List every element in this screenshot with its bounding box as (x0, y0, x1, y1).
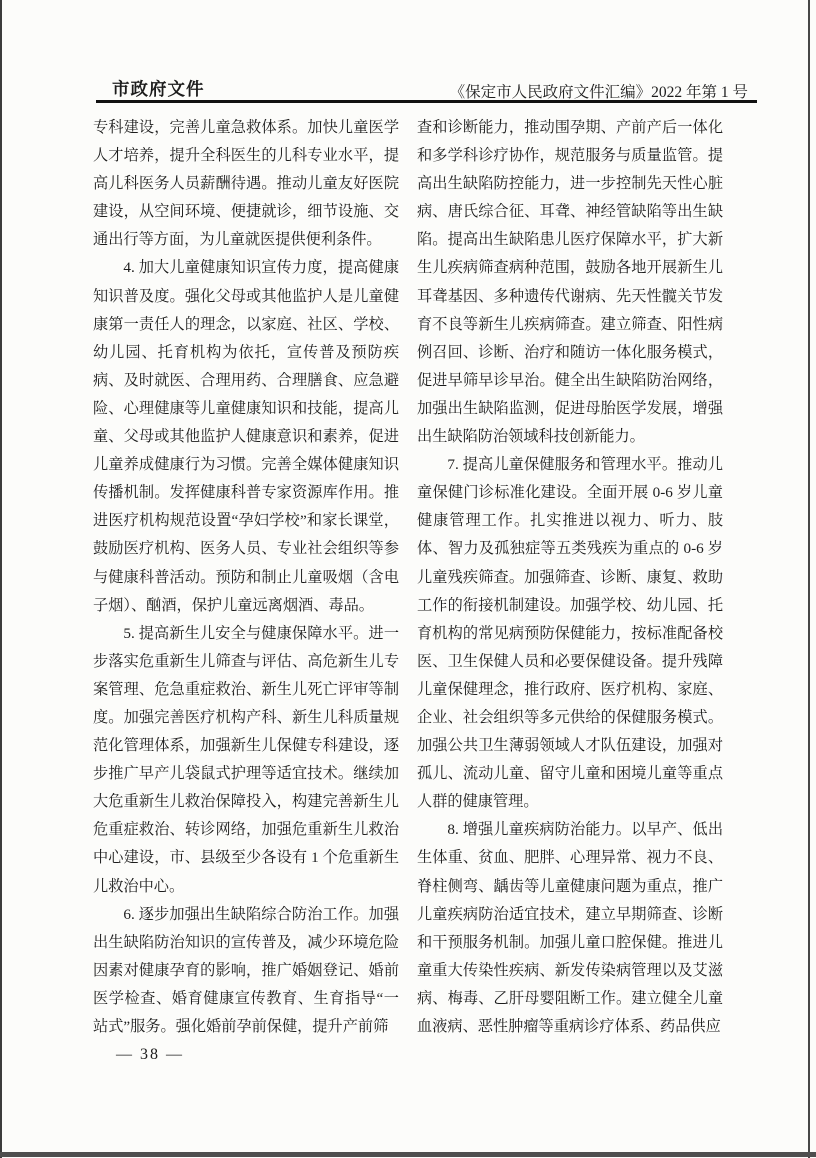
paragraph-continuation: 专科建设，完善儿童急救体系。加快儿童医学人才培养，提升全科医生的儿科专业水平，提… (93, 114, 399, 254)
paragraph-item-5: 5. 提高新生儿安全与健康保障水平。进一步落实危重新生儿筛查与评估、高危新生儿专… (93, 620, 399, 901)
paragraph-continuation: 查和诊断能力，推动围孕期、产前产后一体化和多学科诊疗协作，规范服务与质量监管。提… (417, 114, 723, 451)
running-header-left: 市政府文件 (112, 76, 205, 101)
paragraph-item-7: 7. 提高儿童保健服务和管理水平。推动儿童保健门诊标准化建设。全面开展 0-6 … (417, 451, 723, 816)
paragraph-item-8: 8. 增强儿童疾病防治能力。以早产、低出生体重、贫血、肥胖、心理异常、视力不良、… (417, 816, 723, 1041)
paragraph-item-6: 6. 逐步加强出生缺陷综合防治工作。加强出生缺陷防治知识的宣传普及，减少环境危险… (93, 901, 399, 1041)
running-header-right: 《保定市人民政府文件汇编》2022 年第 1 号 (450, 80, 748, 102)
paragraph-item-4: 4. 加大儿童健康知识宣传力度，提高健康知识普及度。强化父母或其他监护人是儿童健… (93, 254, 399, 619)
scan-edge-bottom (0, 1152, 816, 1157)
right-column: 查和诊断能力，推动围孕期、产前产后一体化和多学科诊疗协作，规范服务与质量监管。提… (417, 114, 723, 1041)
left-column: 专科建设，完善儿童急救体系。加快儿童医学人才培养，提升全科医生的儿科专业水平，提… (93, 114, 399, 1041)
scan-edge-left (0, 0, 2, 1158)
header-rule (96, 100, 757, 103)
page-number: — 38 — (116, 1046, 184, 1064)
scan-edge-right (808, 0, 810, 1158)
